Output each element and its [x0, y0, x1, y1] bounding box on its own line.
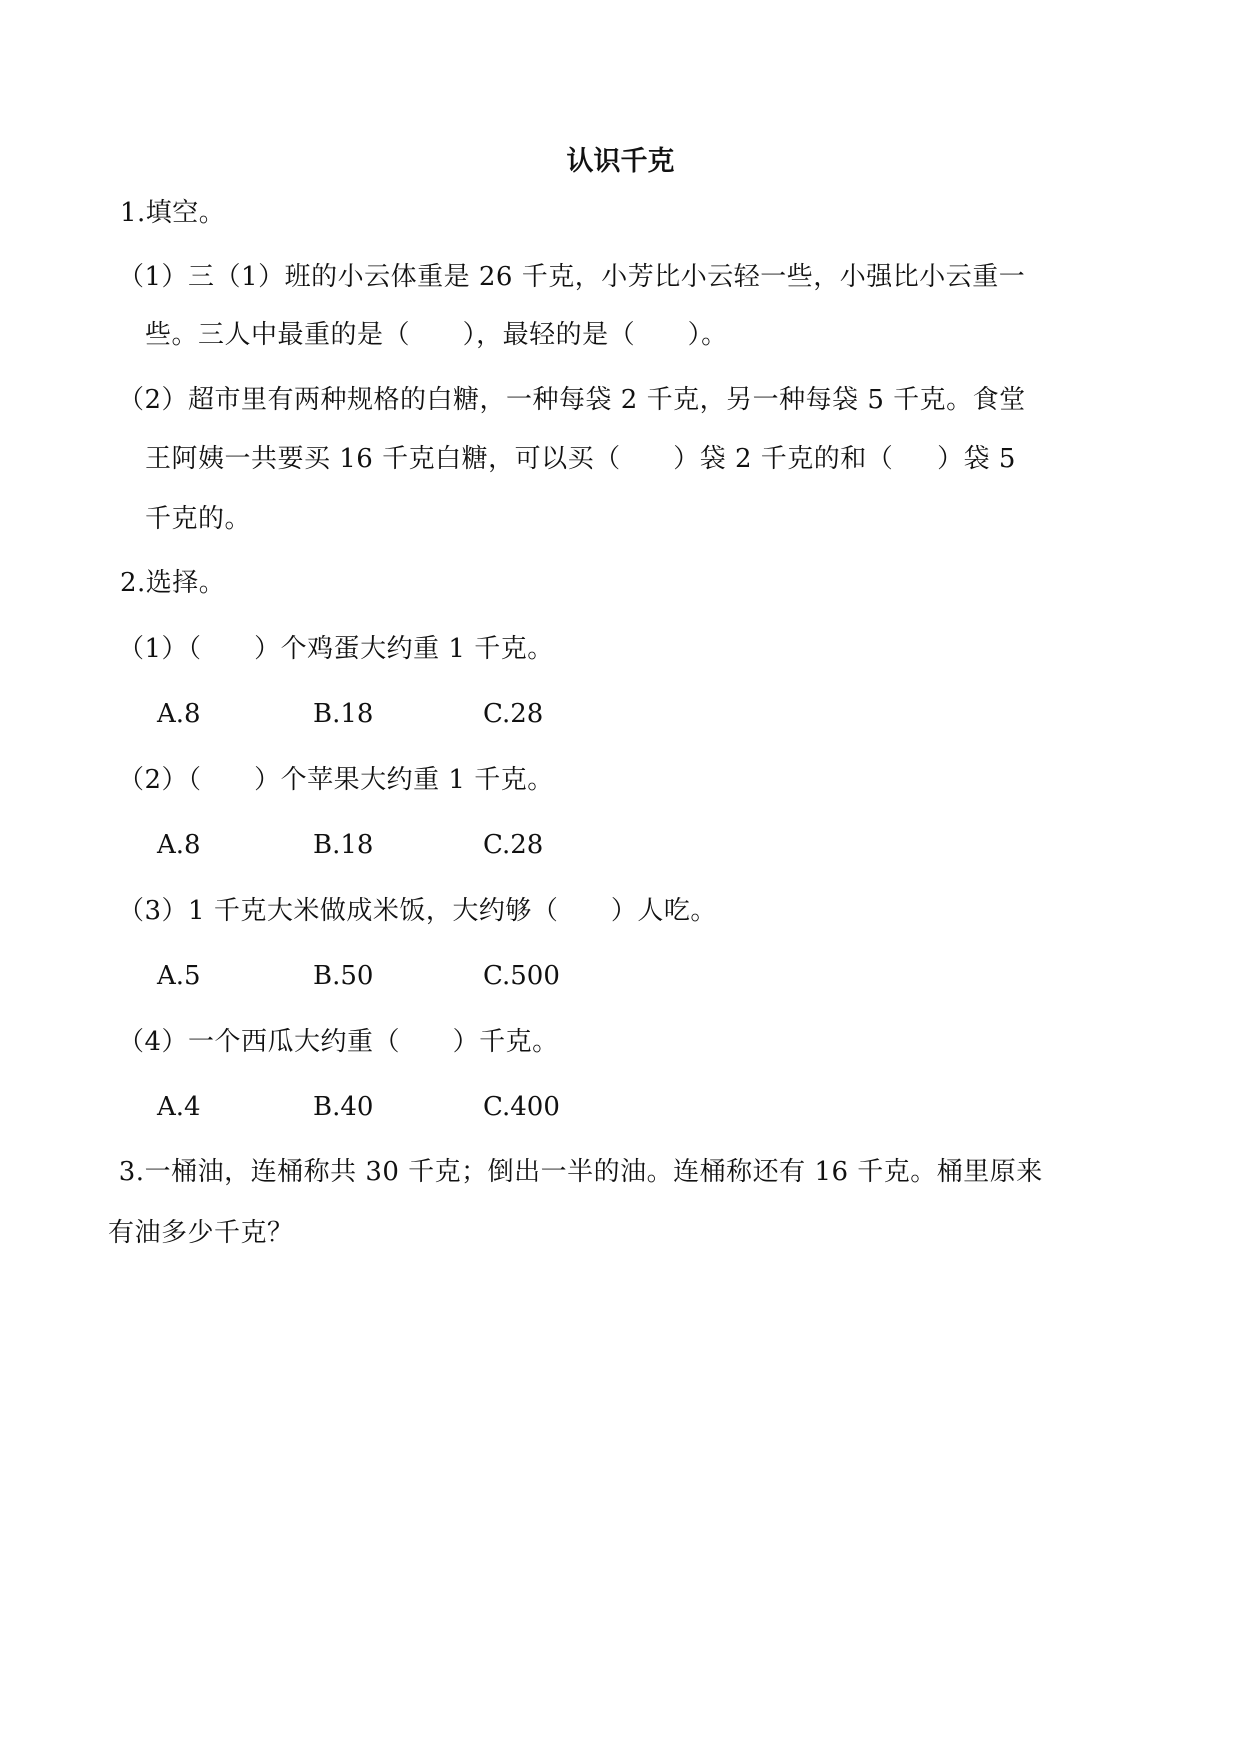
question-2-2: （2）（ ）个苹果大约重 1 千克。 — [118, 763, 554, 797]
option-2-3-c: C.500 — [483, 959, 560, 993]
page-title: 认识千克 — [0, 145, 1241, 179]
option-2-4-b: B.40 — [313, 1090, 373, 1124]
option-2-1-a: A.8 — [157, 697, 201, 731]
question-2-4: （4）一个西瓜大约重（ ）千克。 — [118, 1025, 559, 1059]
option-2-4-c: C.400 — [483, 1090, 560, 1124]
question-3-line-1: 3.一桶油，连桶称共 30 千克；倒出一半的油。连桶称还有 16 千克。桶里原来 — [110, 1155, 1043, 1189]
question-1-1-line-2: 些。三人中最重的是（ ），最轻的是（ ）。 — [145, 318, 728, 352]
question-2-3: （3）1 千克大米做成米饭，大约够（ ）人吃。 — [118, 894, 717, 928]
option-2-1-c: C.28 — [483, 697, 543, 731]
section-1-heading: 1.填空。 — [120, 196, 225, 230]
option-2-3-b: B.50 — [313, 959, 373, 993]
option-2-3-a: A.5 — [157, 959, 201, 993]
option-2-4-a: A.4 — [157, 1090, 201, 1124]
option-2-1-b: B.18 — [313, 697, 373, 731]
question-1-1-line-1: （1）三（1）班的小云体重是 26 千克，小芳比小云轻一些，小强比小云重一 — [118, 260, 1025, 294]
question-1-2-line-2: 王阿姨一共要买 16 千克白糖，可以买（ ）袋 2 千克的和（ ）袋 5 — [145, 442, 1016, 476]
question-2-1: （1）（ ）个鸡蛋大约重 1 千克。 — [118, 632, 554, 666]
option-2-2-a: A.8 — [157, 828, 201, 862]
question-1-2-line-3: 千克的。 — [145, 502, 251, 536]
question-1-2-line-1: （2）超市里有两种规格的白糖，一种每袋 2 千克，另一种每袋 5 千克。食堂 — [118, 383, 1026, 417]
option-2-2-c: C.28 — [483, 828, 543, 862]
option-2-2-b: B.18 — [313, 828, 373, 862]
question-3-line-2: 有油多少千克？ — [108, 1216, 294, 1250]
section-2-heading: 2.选择。 — [120, 566, 225, 600]
